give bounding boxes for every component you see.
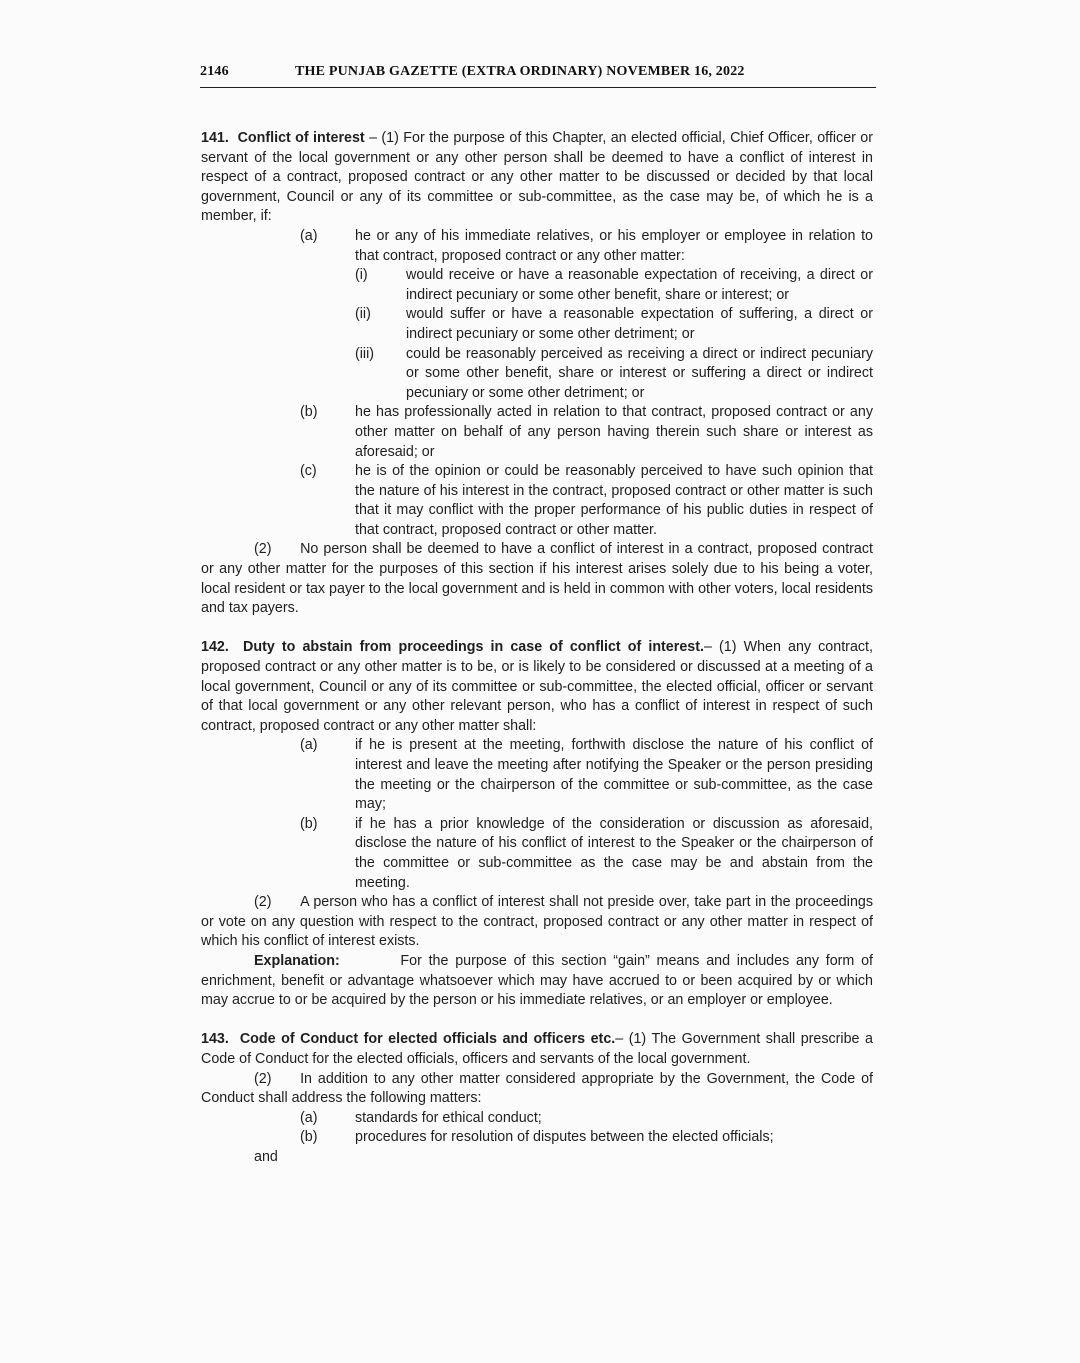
- clause-b: (b) procedures for resolution of dispute…: [201, 1128, 873, 1148]
- clause-a: (a) standards for ethical conduct;: [201, 1109, 873, 1129]
- gazette-title: THE PUNJAB GAZETTE (EXTRA ORDINARY) NOVE…: [295, 64, 745, 80]
- section-gap: [201, 1011, 873, 1031]
- section-142-intro: 142. Duty to abstain from proceedings in…: [201, 638, 873, 736]
- gazette-page: 2146 THE PUNJAB GAZETTE (EXTRA ORDINARY)…: [0, 0, 1080, 1363]
- section-143-intro: 143. Code of Conduct for elected officia…: [201, 1030, 873, 1069]
- heading-dash: –: [365, 130, 382, 146]
- page-number: 2146: [200, 64, 229, 80]
- clause-text: he is of the opinion or could be reasona…: [355, 462, 873, 540]
- subclause-text: would receive or have a reasonable expec…: [406, 266, 873, 305]
- subclause-label: (iii): [355, 345, 406, 404]
- clause-a: (a) he or any of his immediate relatives…: [201, 227, 873, 266]
- section-141-intro: 141. Conflict of interest – (1) For the …: [201, 129, 873, 227]
- subclause-text: could be reasonably perceived as receivi…: [406, 345, 873, 404]
- clause-label: (c): [300, 462, 355, 540]
- subclause-label: (i): [355, 266, 406, 305]
- clause-text: he or any of his immediate relatives, or…: [355, 227, 873, 266]
- section-heading: Duty to abstain from proceedings in case…: [243, 639, 704, 655]
- section-141-subsection-2: (2) No person shall be deemed to have a …: [201, 540, 873, 618]
- heading-dash: –: [704, 639, 719, 655]
- section-gap: [201, 619, 873, 639]
- section-143-subsection-2: (2) In addition to any other matter cons…: [201, 1070, 873, 1109]
- subclause-text: would suffer or have a reasonable expect…: [406, 305, 873, 344]
- section-number: 141.: [201, 130, 229, 146]
- clause-b: (b) he has professionally acted in relat…: [201, 403, 873, 462]
- clause-b: (b) if he has a prior knowledge of the c…: [201, 815, 873, 893]
- clause-text: he has professionally acted in relation …: [355, 403, 873, 462]
- clause-label: (b): [300, 815, 355, 893]
- subclause-i: (i) would receive or have a reasonable e…: [201, 266, 873, 305]
- clause-text: procedures for resolution of disputes be…: [355, 1128, 873, 1148]
- clause-text: standards for ethical conduct;: [355, 1109, 873, 1129]
- heading-dash: –: [615, 1031, 628, 1047]
- subclause-label: (ii): [355, 305, 406, 344]
- clause-c: (c) he is of the opinion or could be rea…: [201, 462, 873, 540]
- clause-label: (b): [300, 1128, 355, 1148]
- section-heading: Code of Conduct for elected officials an…: [240, 1031, 615, 1047]
- page-header: 2146 THE PUNJAB GAZETTE (EXTRA ORDINARY)…: [200, 64, 876, 84]
- section-heading: Conflict of interest: [238, 130, 365, 146]
- clause-a: (a) if he is present at the meeting, for…: [201, 736, 873, 814]
- clause-label: (a): [300, 736, 355, 814]
- subclause-ii: (ii) would suffer or have a reasonable e…: [201, 305, 873, 344]
- clause-label: (b): [300, 403, 355, 462]
- clause-text: if he is present at the meeting, forthwi…: [355, 736, 873, 814]
- section-number: 142.: [201, 639, 229, 655]
- clause-label: (a): [300, 227, 355, 266]
- explanation-label: Explanation:: [254, 953, 340, 969]
- trailing-and: and: [201, 1148, 873, 1168]
- section-number: 143.: [201, 1031, 229, 1047]
- clause-text: if he has a prior knowledge of the consi…: [355, 815, 873, 893]
- clause-label: (a): [300, 1109, 355, 1129]
- header-rule: [200, 87, 876, 88]
- section-142-subsection-2: (2) A person who has a conflict of inter…: [201, 893, 873, 952]
- section-142-explanation: Explanation: For the purpose of this sec…: [201, 952, 873, 1011]
- document-body: 141. Conflict of interest – (1) For the …: [201, 129, 873, 1167]
- subclause-iii: (iii) could be reasonably perceived as r…: [201, 345, 873, 404]
